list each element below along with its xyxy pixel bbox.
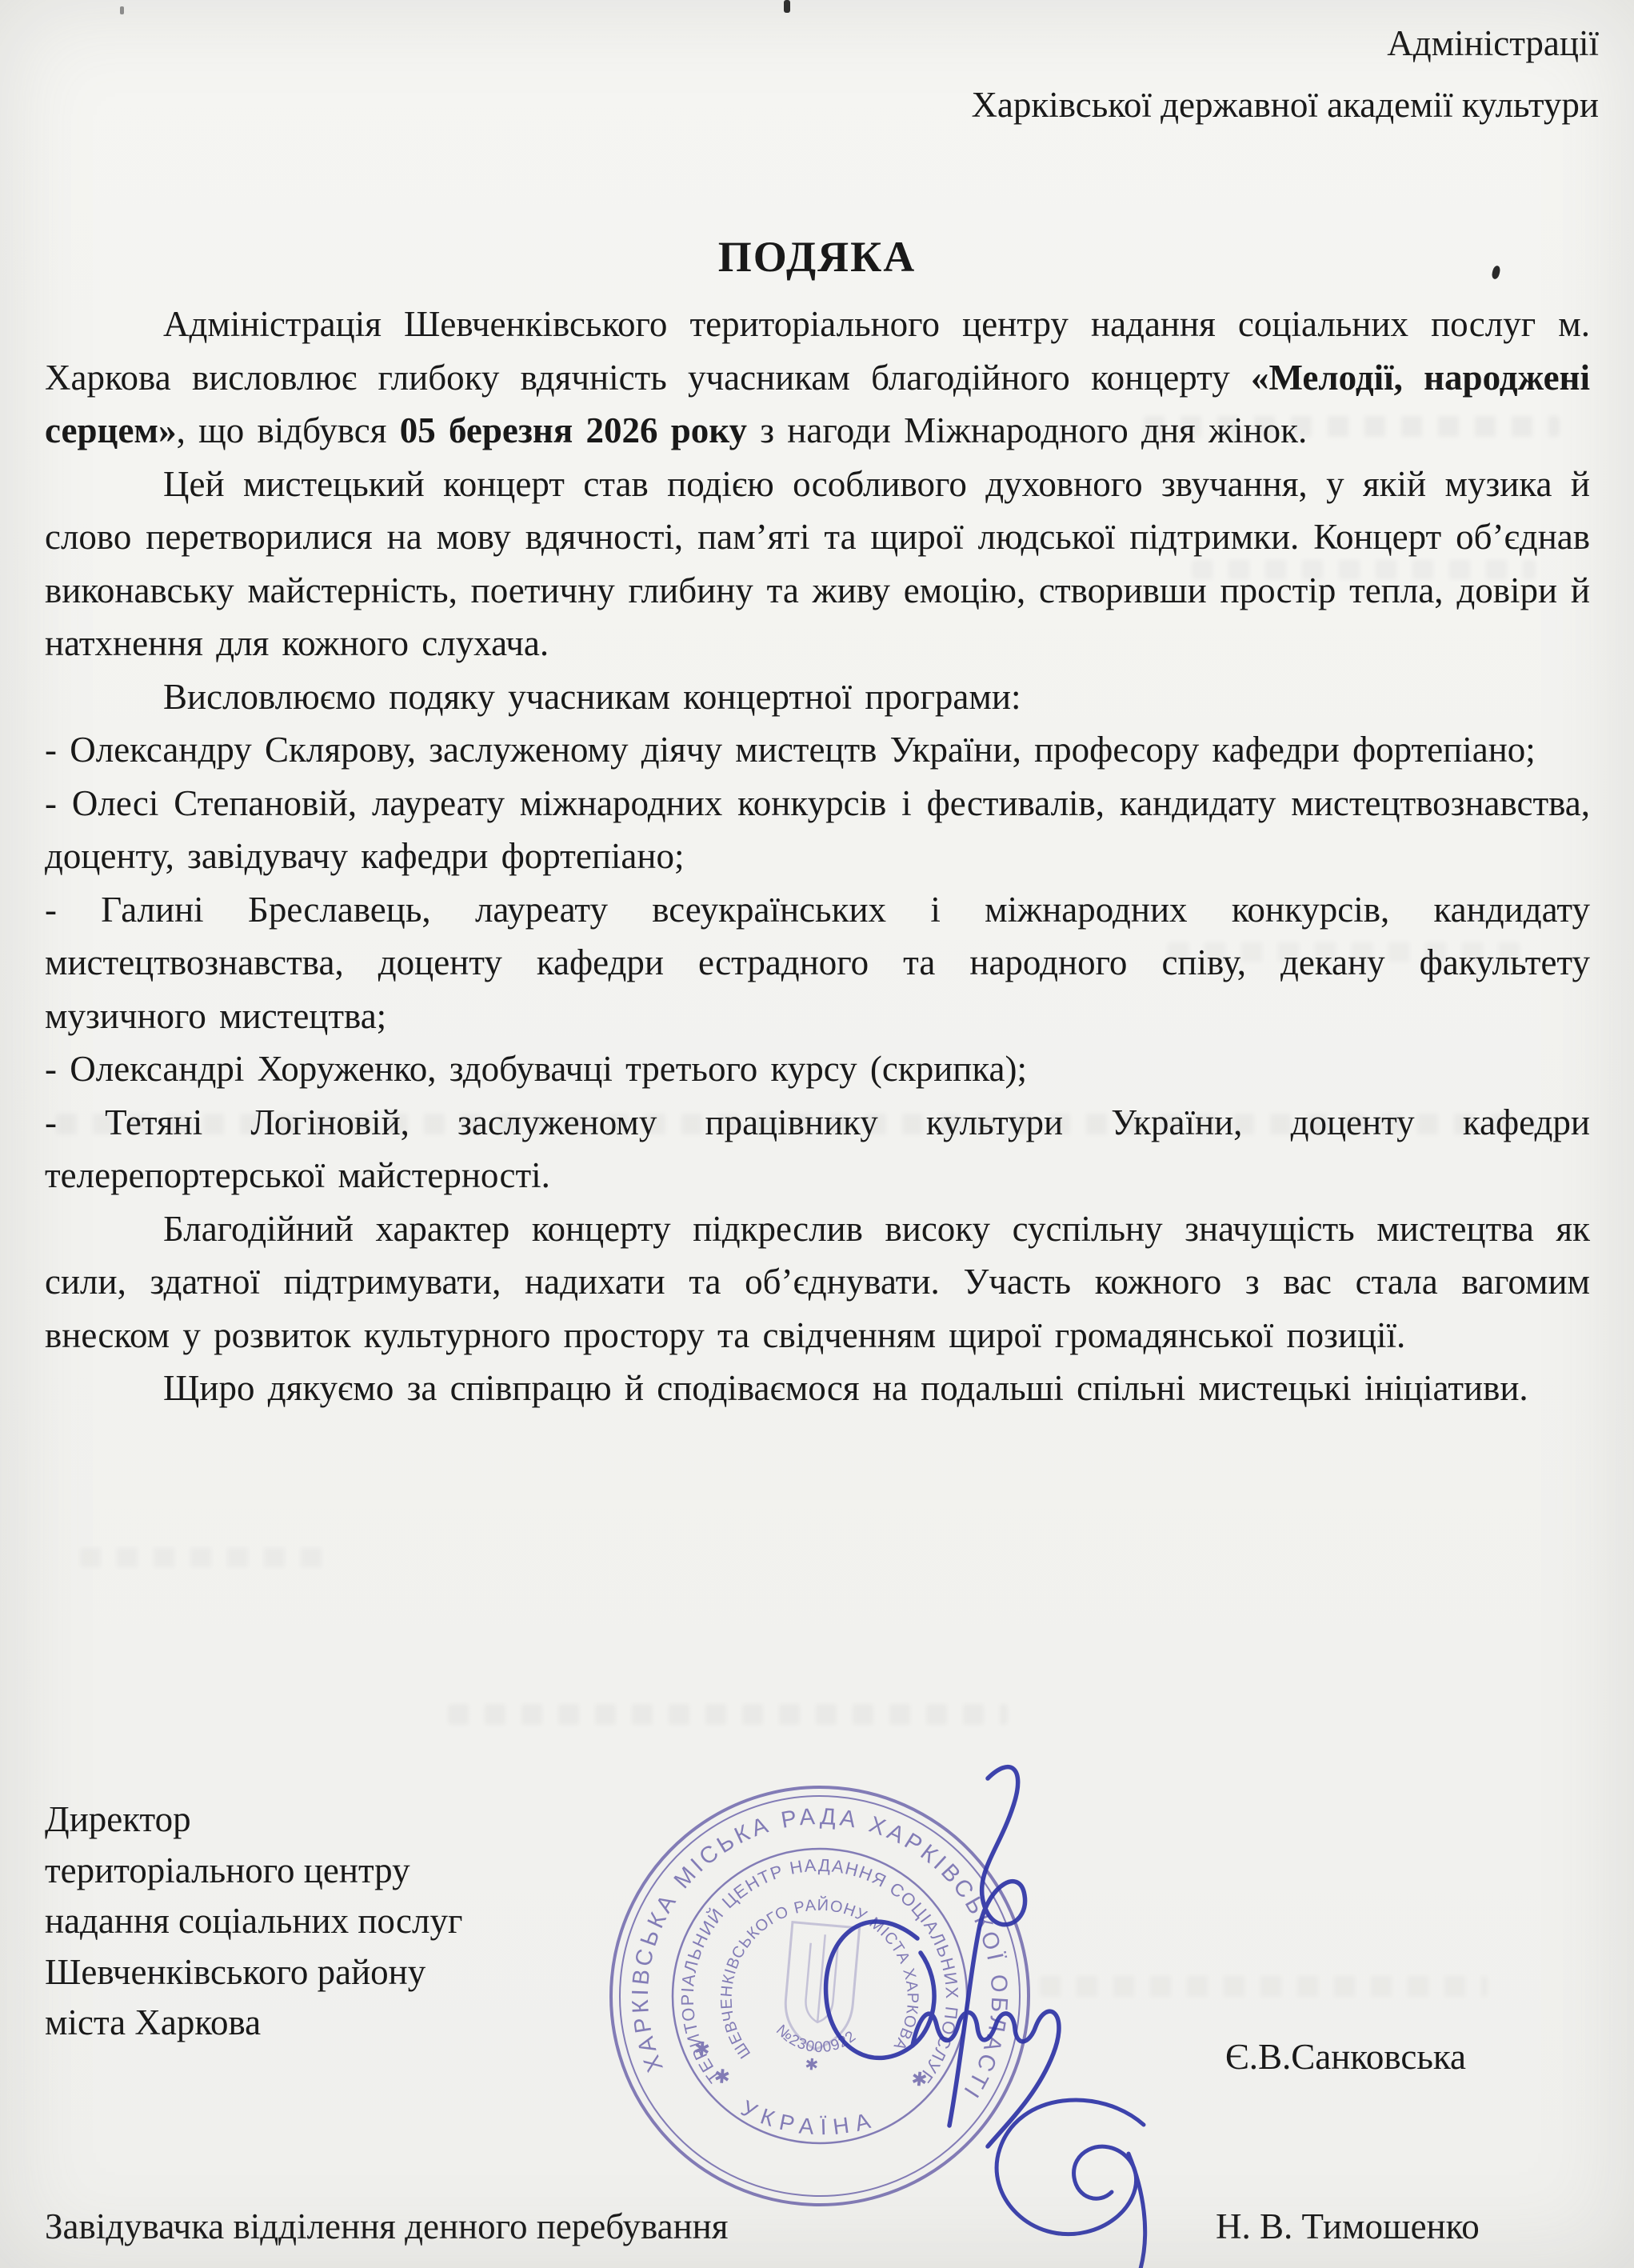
list-item: - Олександрі Хоруженко, здобувачці треть… — [45, 1042, 1590, 1096]
paragraph: Цей мистецький концерт став подією особл… — [45, 458, 1590, 670]
list-item: - Олександру Склярову, заслуженому діячу… — [45, 723, 1590, 777]
text-segment: , що відбувся — [177, 410, 400, 450]
text-segment: Благодійний характер концерту підкреслив… — [45, 1209, 1590, 1355]
text-segment: - Олесі Степановій, лауреату міжнародних… — [45, 783, 1590, 877]
scan-artifact — [80, 1548, 336, 1567]
paragraph: Висловлюємо подяку учасникам концертної … — [45, 670, 1590, 724]
department-head-signature — [942, 2080, 1182, 2268]
bold-text-segment: 05 березня 2026 року — [400, 410, 747, 450]
stamp-asterisk-icon: ✱ — [713, 2066, 731, 2089]
director-name: Є.В.Санковська — [1225, 2036, 1466, 2078]
text-segment: - Олександру Склярову, заслуженому діячу… — [45, 730, 1536, 770]
director-title-line: надання соціальних послуг — [45, 1896, 462, 1947]
scan-speck — [120, 6, 124, 14]
text-segment: Висловлюємо подяку учасникам концертної … — [163, 677, 1021, 717]
director-title-line: Шевченківського району — [45, 1947, 462, 1998]
paragraph: Адміністрація Шевченківського територіал… — [45, 298, 1590, 458]
scanned-letter-page: Адміністрації Харківської державної акад… — [0, 0, 1634, 2268]
text-segment: Цей мистецький концерт став подією особл… — [45, 464, 1590, 664]
director-title-line: міста Харкова — [45, 1998, 462, 2049]
text-segment: - Галині Бреславець, лауреату всеукраїнс… — [45, 890, 1590, 1036]
text-segment: - Олександрі Хоруженко, здобувачці треть… — [45, 1049, 1027, 1089]
director-title-line: територіального центру — [45, 1846, 462, 1897]
list-item: - Тетяні Логіновій, заслуженому працівни… — [45, 1096, 1590, 1202]
text-segment: Щиро дякуємо за співпрацю й сподіваємося… — [163, 1368, 1528, 1408]
addressee-line-2: Харківської державної академії культури — [971, 74, 1599, 136]
scan-speck — [784, 0, 790, 13]
director-title-line: Директор — [45, 1794, 462, 1846]
list-item: - Галині Бреславець, лауреату всеукраїнс… — [45, 883, 1590, 1043]
paragraph: Щиро дякуємо за співпрацю й сподіваємося… — [45, 1362, 1590, 1415]
stamp-asterisk-icon: ✱ — [693, 2039, 710, 2062]
document-body: Адміністрація Шевченківського територіал… — [45, 298, 1590, 1415]
addressee-block: Адміністрації Харківської державної акад… — [971, 13, 1599, 136]
text-segment: - Тетяні Логіновій, заслуженому працівни… — [45, 1102, 1590, 1196]
paragraph: Благодійний характер концерту підкреслив… — [45, 1202, 1590, 1362]
list-item: - Олесі Степановій, лауреату міжнародних… — [45, 777, 1590, 883]
document-title: ПОДЯКА — [0, 232, 1634, 282]
addressee-line-1: Адміністрації — [971, 13, 1599, 74]
director-title-block: Директор територіального центру надання … — [45, 1794, 462, 2049]
scan-artifact — [448, 1704, 1008, 1725]
department-head-name: Н. В. Тимошенко — [1216, 2206, 1480, 2247]
text-segment: з нагоди Міжнародного дня жінок. — [747, 410, 1307, 450]
